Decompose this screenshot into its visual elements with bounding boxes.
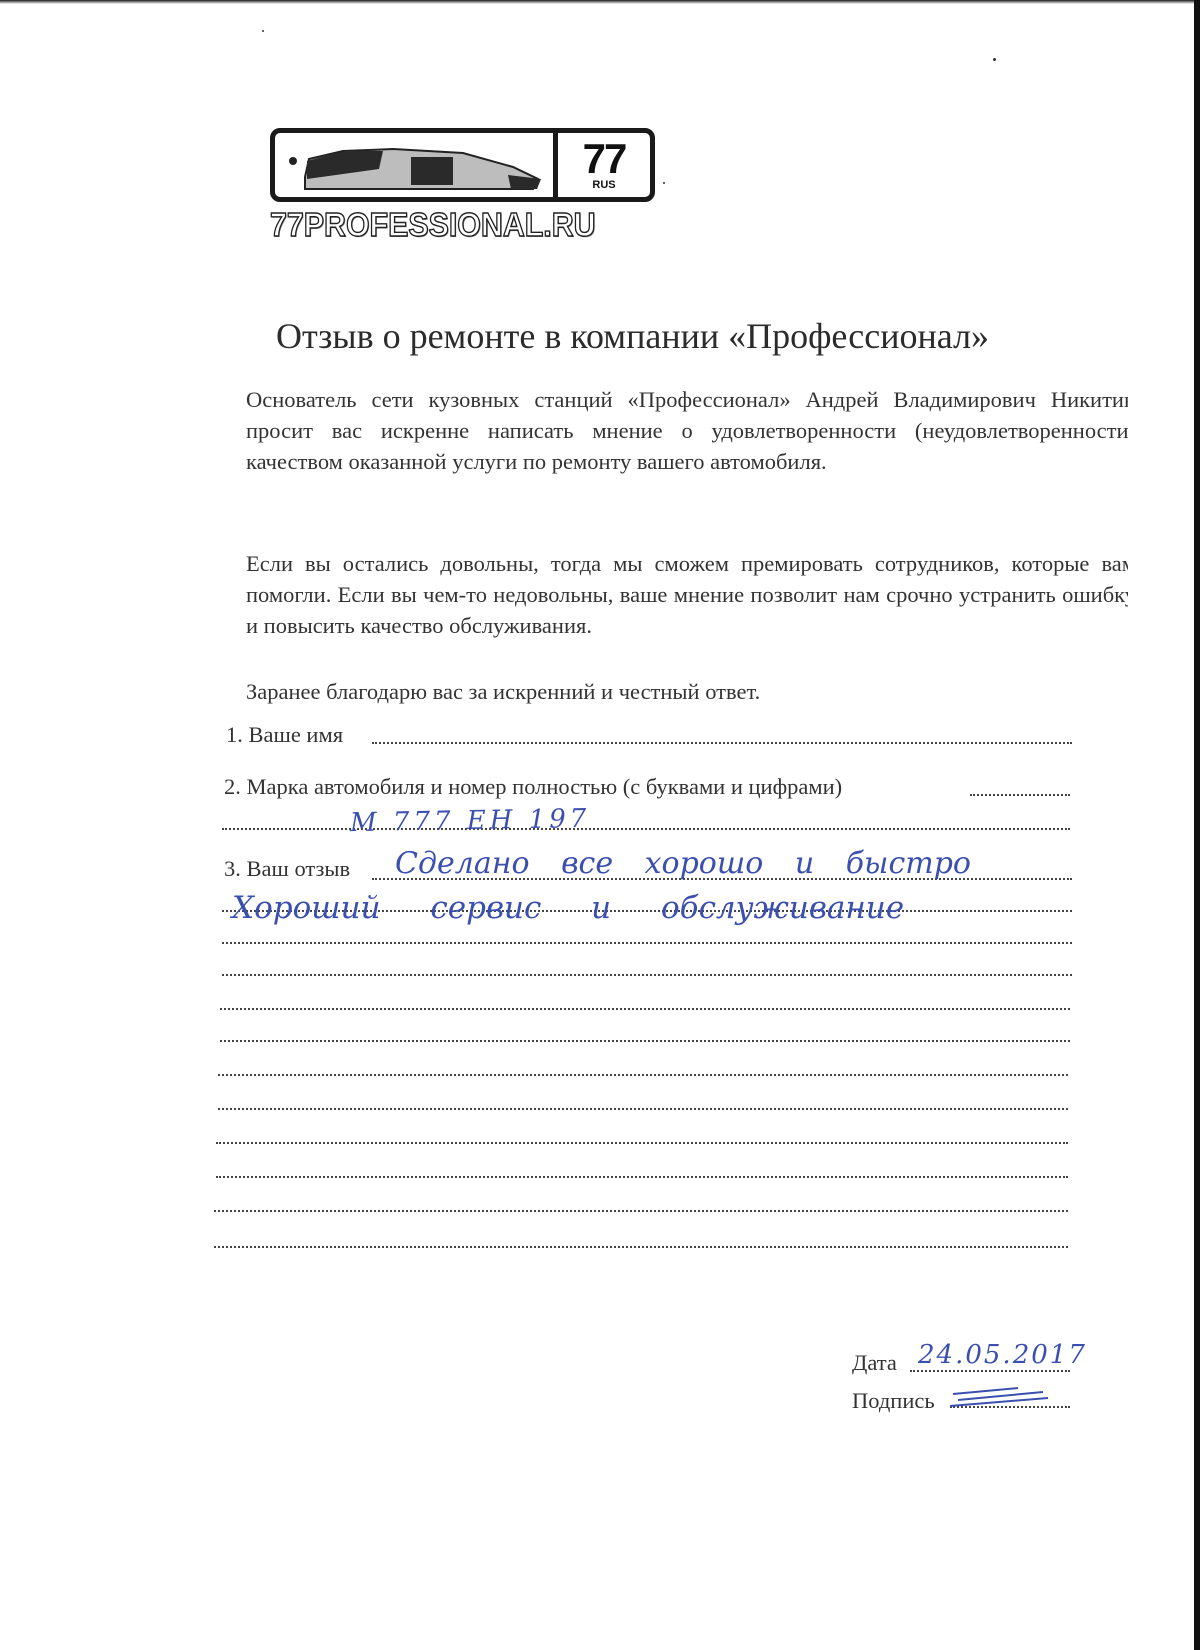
signature-scribble — [948, 1380, 1058, 1412]
car-field-tail — [970, 788, 1070, 796]
review-field-line-10[interactable] — [216, 1170, 1068, 1178]
review-field-line-7[interactable] — [218, 1068, 1068, 1076]
scan-edge — [1194, 0, 1200, 1650]
review-field-line-12[interactable] — [214, 1240, 1068, 1248]
review-handwritten-line-1: Сделано все хорошо и быстро — [395, 846, 971, 881]
date-handwritten: 24.05.2017 — [918, 1340, 1087, 1370]
review-field-line-8[interactable] — [218, 1102, 1068, 1110]
review-field-line-4[interactable] — [222, 968, 1072, 976]
review-field-line-9[interactable] — [216, 1136, 1068, 1144]
date-label: Дата — [852, 1350, 897, 1376]
car-plate-handwritten: М 777 ЕН 197 — [350, 804, 591, 838]
review-field-line-11[interactable] — [214, 1204, 1068, 1212]
review-field-line-3[interactable] — [222, 936, 1072, 944]
signature-label: Подпись — [852, 1388, 935, 1414]
review-handwritten-line-2: Хороший сервис и обслуживание — [232, 890, 904, 926]
name-field[interactable] — [372, 736, 1072, 744]
thanks-paragraph: Заранее благодарю вас за искренний и чес… — [246, 676, 1128, 707]
review-field-line-5[interactable] — [220, 1002, 1070, 1010]
intro-paragraph: Основатель сети кузовных станций «Профес… — [246, 384, 1128, 477]
page-title: Отзыв о ремонте в компании «Профессионал… — [276, 315, 989, 357]
question-review-label: 3. Ваш отзыв — [224, 856, 350, 882]
question-car-label: 2. Марка автомобиля и номер полностью (с… — [224, 774, 842, 800]
page-content: Отзыв о ремонте в компании «Профессионал… — [0, 0, 1128, 1650]
motivation-paragraph: Если вы остались довольны, тогда мы смож… — [246, 548, 1128, 641]
review-field-line-6[interactable] — [220, 1034, 1070, 1042]
question-name-label: 1. Ваше имя — [226, 722, 343, 748]
